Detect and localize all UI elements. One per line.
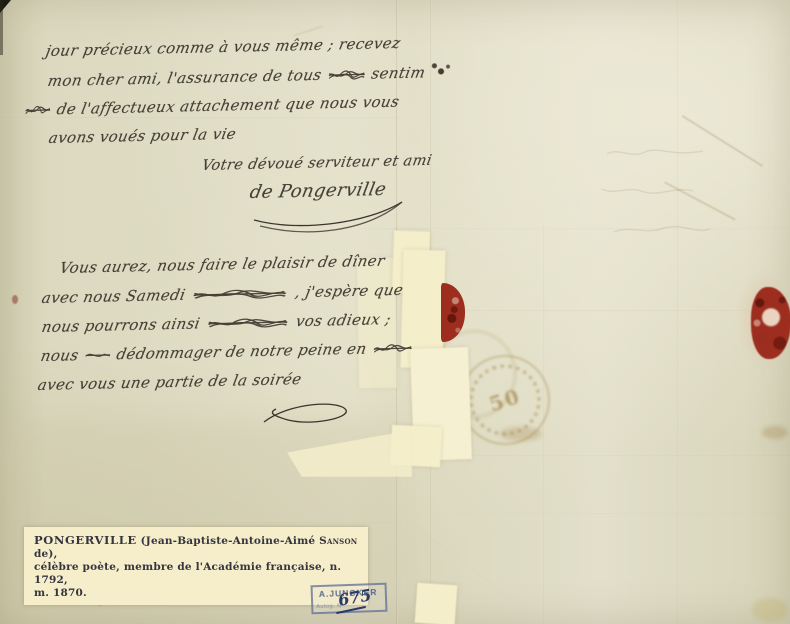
label-name: PONGERVILLE	[34, 533, 137, 547]
letter-text: nous	[39, 346, 80, 365]
letter-line: avec vous une partie de la soirée	[36, 370, 303, 394]
letter-text: dédommager de notre peine en	[115, 340, 368, 364]
fold-crease	[0, 522, 397, 524]
letter-text: vos adieux ;	[294, 310, 392, 330]
fold-crease	[432, 513, 790, 515]
letter-line: avons voués pour la vie	[47, 125, 238, 147]
ghost-writing	[605, 145, 705, 161]
label-line1: PONGERVILLE (Jean-Baptiste-Antoine-Aimé …	[34, 534, 358, 561]
letter-text: , j'espère que	[294, 281, 405, 302]
scanner-edge-left	[0, 0, 3, 55]
wax-seal-right	[751, 287, 790, 359]
letter-line: mon cher ami, l'assurance de tous sentim	[46, 63, 427, 90]
letter-line: de l'affectueux attachement que nous vou…	[23, 92, 401, 119]
stain	[752, 598, 788, 622]
letter-closing-line: Votre dévoué serviteur et ami	[200, 153, 433, 174]
crossed-out-word-scribble	[371, 341, 413, 355]
letter-line: jour précieux comme à vous même ; receve…	[44, 34, 402, 60]
letter-text: mon cher ami, l'assurance de tous	[46, 66, 323, 90]
ghost-streak	[664, 181, 735, 220]
crossed-out-word-scribble	[190, 286, 290, 301]
letter-scan: 50 jour précieux comme à vous même ; rec…	[0, 0, 790, 624]
crossed-out-word-scribble	[83, 348, 111, 362]
stain	[12, 295, 18, 304]
letter-line: avec nous Samedi , j'espère que	[40, 281, 405, 307]
fold-crease	[677, 0, 679, 624]
crossed-out-word-scribble	[326, 67, 366, 81]
letter-text: sentim	[370, 63, 427, 82]
letter-text: nous pourrons ainsi	[40, 314, 201, 336]
ink-blot	[430, 61, 452, 77]
signature-flourish	[248, 196, 408, 238]
label-line3: m. 1870.	[34, 587, 358, 600]
crossed-out-word-scribble	[205, 315, 291, 330]
letter-line: Vous aurez, nous faire le plaisir de dîn…	[58, 252, 386, 277]
letter-text: avec nous Samedi	[40, 286, 187, 307]
letter-text: de l'affectueux attachement que nous vou…	[55, 92, 401, 118]
label-line2: célèbre poète, membre de l'Académie fran…	[34, 561, 358, 587]
paraph-flourish	[260, 398, 352, 432]
paper-patch	[415, 583, 458, 624]
ghost-writing	[612, 222, 712, 238]
letter-line: nous pourrons ainsi vos adieux ;	[40, 310, 392, 336]
stain	[762, 426, 788, 439]
ghost-streak	[294, 25, 323, 36]
crossed-out-word-scribble	[24, 103, 52, 117]
fold-crease	[360, 228, 790, 230]
